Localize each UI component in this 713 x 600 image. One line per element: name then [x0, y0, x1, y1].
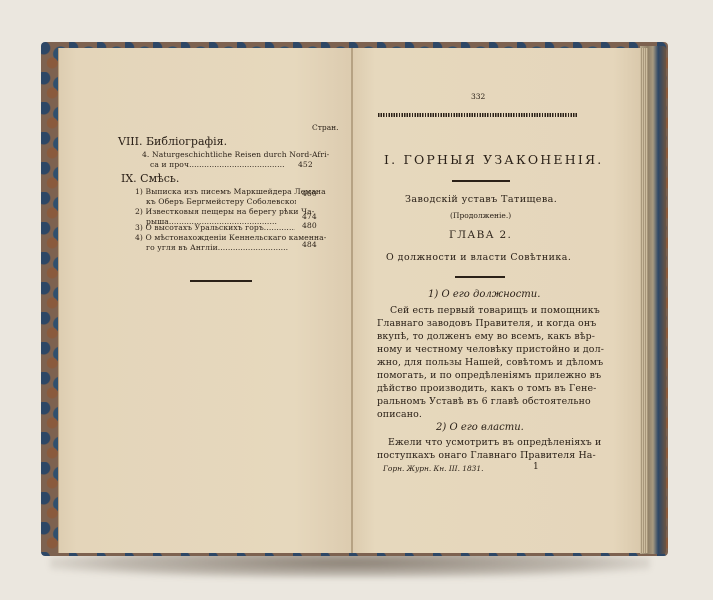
toc-line: 3) О высотахъ Уральскихъ горъ...........…: [135, 223, 295, 232]
page-number: 332: [471, 92, 485, 101]
text-line: вкупѣ, то долженъ ему во всемъ, какъ вѣр…: [377, 331, 595, 342]
toc-line: къ Оберъ Бергмейстеру Соболевскому...: [146, 197, 296, 206]
toc-line: 1) Выписка изъ писемъ Маркшейдера Лемана: [135, 187, 326, 196]
column-header: Стран.: [312, 123, 339, 132]
text-line: описано.: [377, 409, 422, 420]
section-title-viii: VIII. Библіографія.: [118, 135, 227, 148]
continuation-label: (Продолженіе.): [450, 211, 511, 220]
section-title: I. ГОРНЫЯ УЗАКОНЕНІЯ.: [384, 152, 603, 167]
text-line: жно, для пользы Нашей, совѣтомъ и дѣломъ: [377, 357, 603, 368]
chapter-title: О должности и власти Совѣтника.: [386, 252, 571, 263]
text-line: Главнаго заводовъ Правителя, и когда онъ: [377, 318, 596, 329]
toc-page-number: 480: [302, 221, 317, 230]
footer-sheet-number: 1: [533, 462, 539, 472]
document-title: Заводскій уставъ Татищева.: [405, 194, 557, 205]
toc-page-number: 460: [302, 189, 317, 198]
toc-page-number: 474: [302, 212, 317, 221]
book-gutter: [351, 48, 353, 553]
decorative-rule: [452, 180, 510, 182]
page-edges: [640, 48, 648, 553]
chapter-heading: ГЛАВА 2.: [449, 229, 512, 241]
toc-line: 2) Известковыя пещеры на берегу рѣки Ча-: [135, 207, 314, 216]
toc-line: ca и проч...............................…: [150, 160, 286, 169]
toc-page-number: 484: [302, 240, 317, 249]
subsection-heading: 1) О его должности.: [428, 289, 540, 300]
footer-signature: Горн. Журн. Кн. III. 1831.: [383, 464, 483, 473]
toc-line: 4) О мѣстонахожденіи Кеннельскаго каменн…: [135, 233, 326, 242]
toc-page-number: 452: [298, 160, 313, 169]
text-line: ному и честному человѣку пристойно и дол…: [377, 344, 604, 355]
text-line: Ежели что усмотритъ въ опредѣленіяхъ и: [388, 437, 601, 448]
text-line: Сей есть первый товарищъ и помощникъ: [390, 305, 600, 316]
text-line: ральномъ Уставѣ въ 6 главѣ обстоятельно: [377, 396, 591, 407]
text-line: дѣйство производить, какъ о томъ въ Гене…: [377, 383, 597, 394]
toc-line: 4. Naturgeschichtliche Reisen durch Nord…: [142, 150, 329, 159]
section-title-ix: IX. Смѣсь.: [121, 172, 179, 185]
decorative-rule: [455, 276, 505, 278]
text-line: помогать, и по опредѣленіямъ прилежно въ: [377, 370, 601, 381]
decorative-rule: [190, 280, 252, 282]
text-line: поступкахъ онаго Главнаго Правителя На-: [377, 450, 596, 461]
toc-line: го угля въ Англіи.......................…: [146, 243, 296, 252]
subsection-heading: 2) О его власти.: [436, 422, 524, 433]
wavy-rule: [378, 113, 578, 117]
right-page: [352, 48, 642, 553]
left-page: [58, 48, 353, 553]
